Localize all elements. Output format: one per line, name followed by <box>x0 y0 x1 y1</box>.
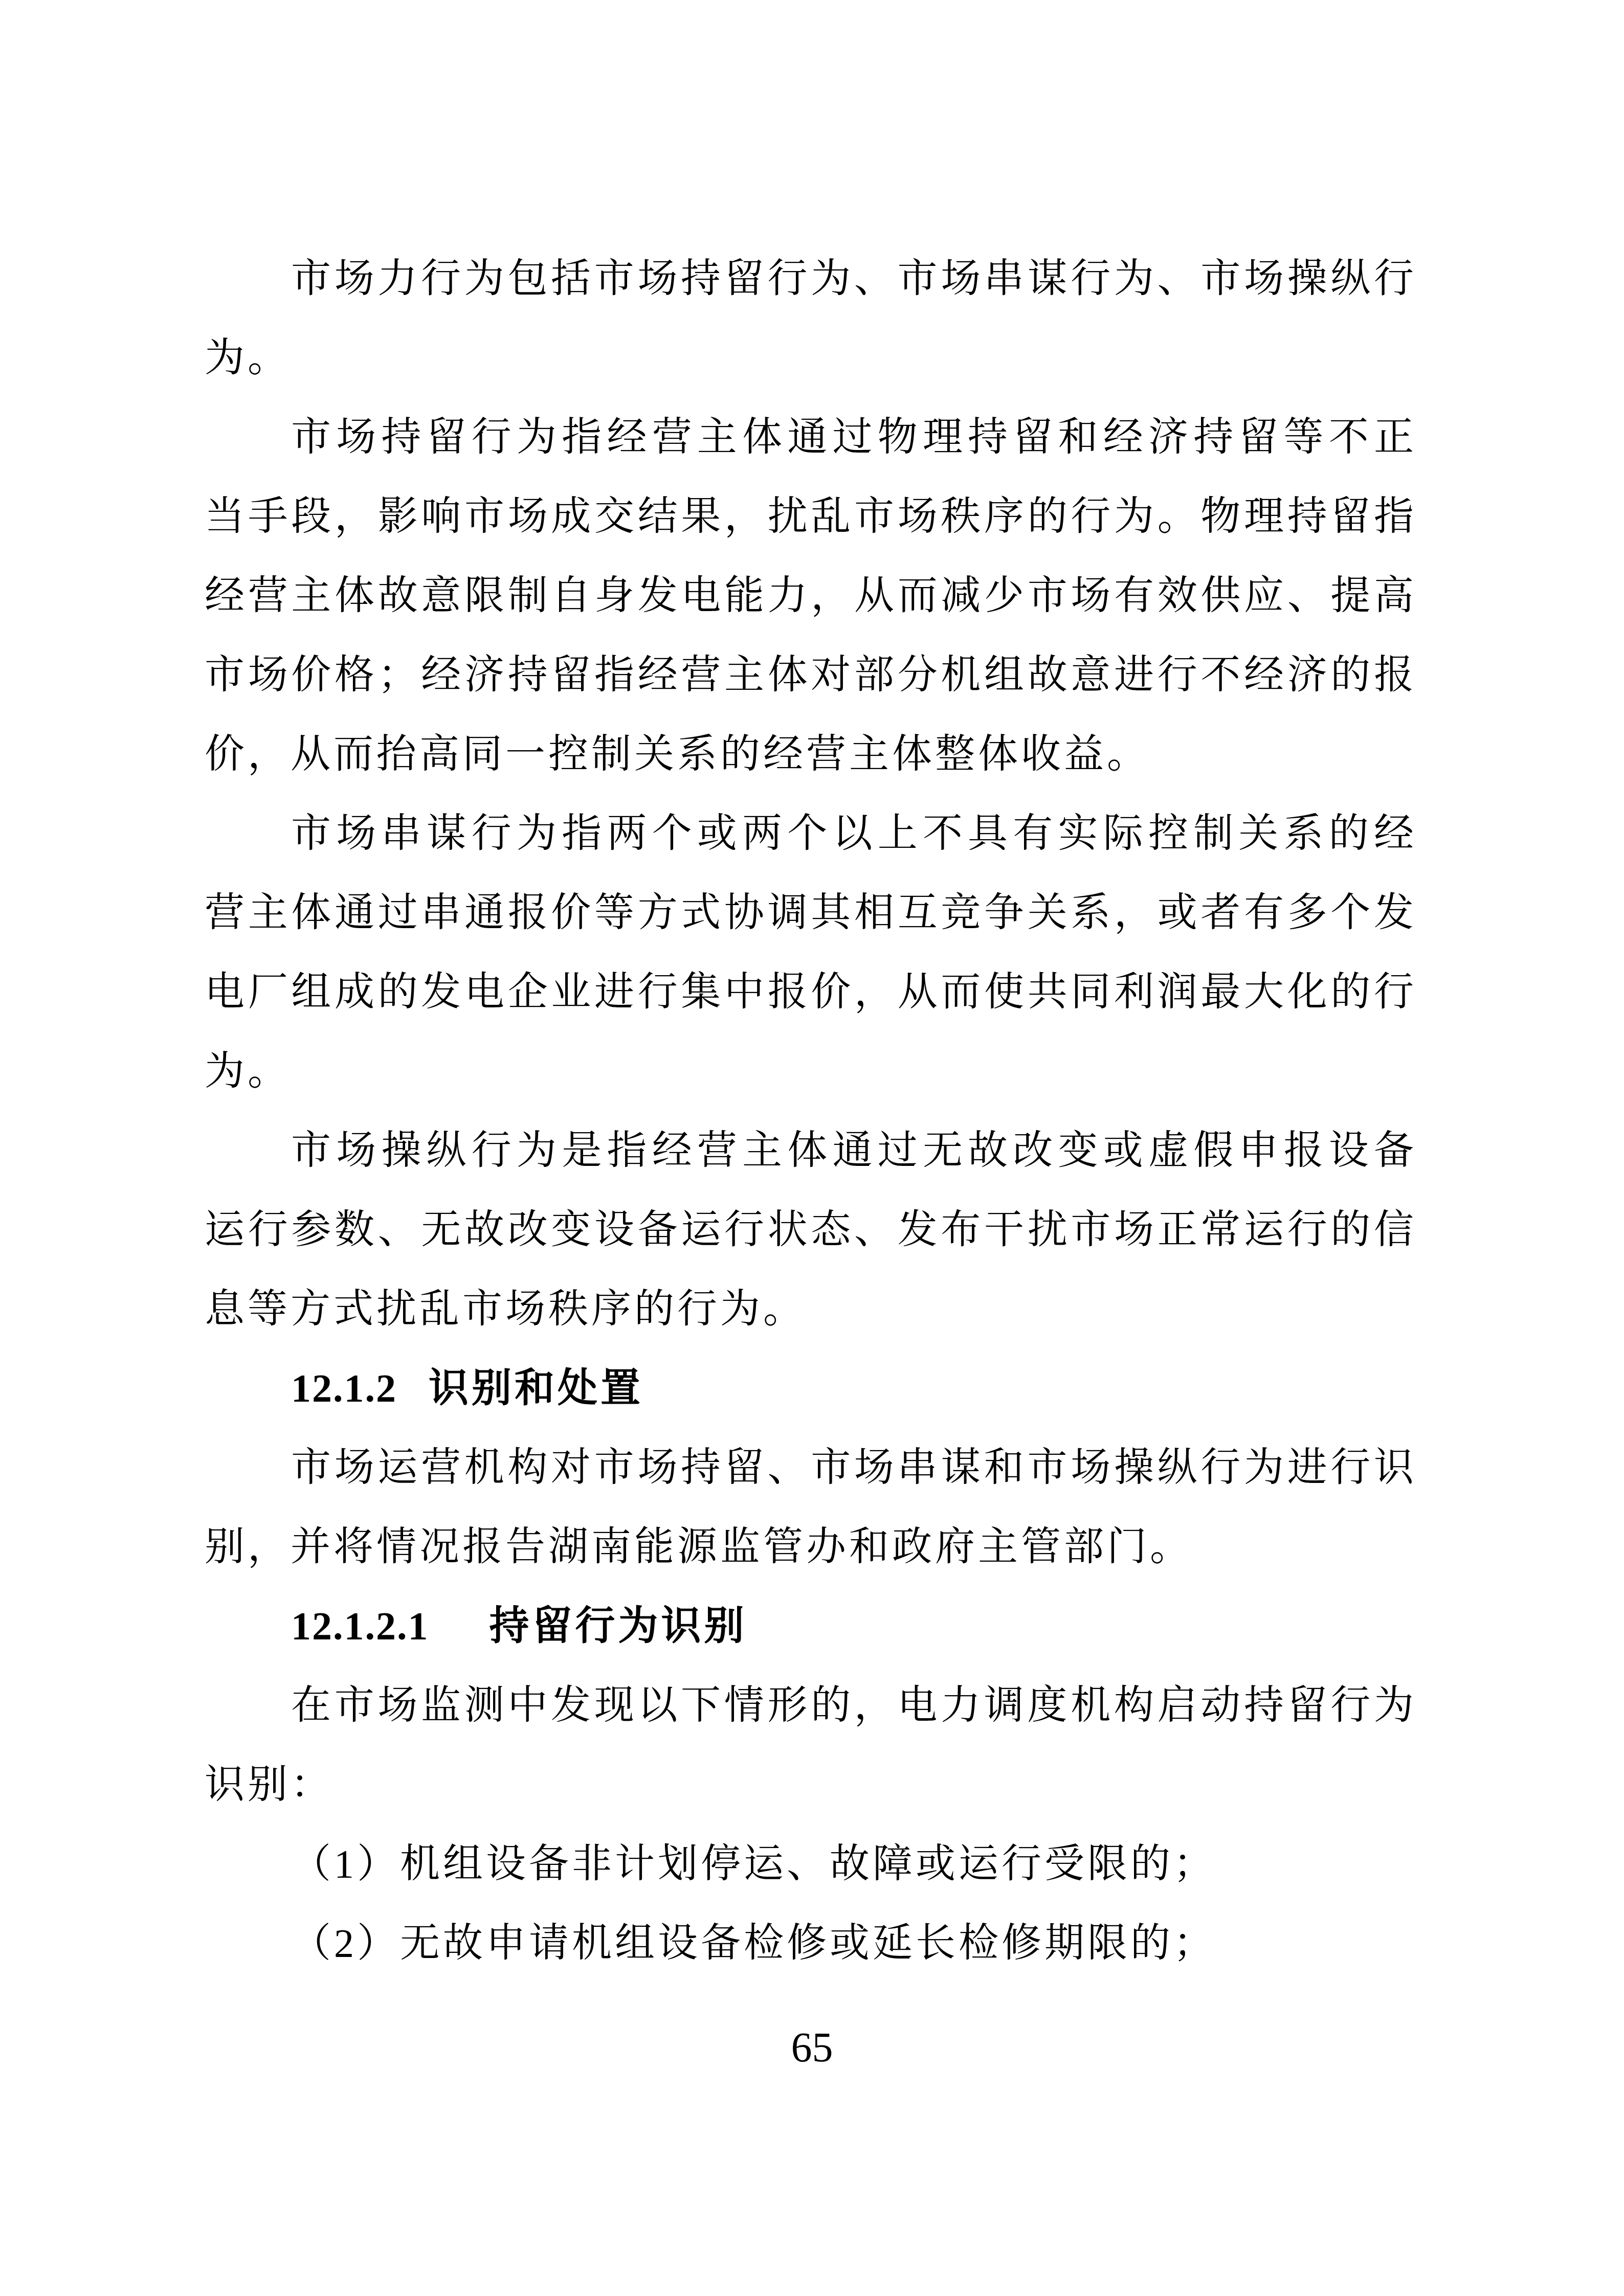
page-number: 65 <box>0 2019 1624 2076</box>
paragraph-line: 电厂组成的发电企业进行集中报价，从而使共同利润最大化的行 <box>205 952 1417 1031</box>
paragraph-line: 识别： <box>205 1745 1417 1824</box>
paragraph-line: 市场持留行为指经营主体通过物理持留和经济持留等不正 <box>205 397 1417 477</box>
paragraph-line: 市场力行为包括市场持留行为、市场串谋行为、市场操纵行 <box>205 239 1417 318</box>
paragraph-line: 市场价格；经济持留指经营主体对部分机组故意进行不经济的报 <box>205 635 1417 714</box>
paragraph-line: （2）无故申请机组设备检修或延长检修期限的； <box>205 1903 1417 1983</box>
paragraph-line: 市场运营机构对市场持留、市场串谋和市场操纵行为进行识 <box>205 1428 1417 1507</box>
paragraph-line: （1）机组设备非计划停运、故障或运行受限的； <box>205 1824 1417 1903</box>
paragraph-line: 在市场监测中发现以下情形的，电力调度机构启动持留行为 <box>205 1665 1417 1745</box>
paragraph-line: 市场操纵行为是指经营主体通过无故改变或虚假申报设备 <box>205 1111 1417 1190</box>
paragraph-line: 息等方式扰乱市场秩序的行为。 <box>205 1269 1417 1348</box>
heading-title: 识别和处置 <box>429 1366 643 1410</box>
paragraph-line: 当手段，影响市场成交结果，扰乱市场秩序的行为。物理持留指 <box>205 477 1417 556</box>
paragraph-line: 价，从而抬高同一控制关系的经营主体整体收益。 <box>205 714 1417 794</box>
section-heading: 12.1.2识别和处置 <box>205 1348 1417 1428</box>
paragraph-line: 为。 <box>205 1031 1417 1111</box>
paragraph-line: 为。 <box>205 318 1417 397</box>
heading-number: 12.1.2.1 <box>291 1604 429 1648</box>
paragraph-line: 别，并将情况报告湖南能源监管办和政府主管部门。 <box>205 1507 1417 1586</box>
document-page: 市场力行为包括市场持留行为、市场串谋行为、市场操纵行为。市场持留行为指经营主体通… <box>0 0 1624 2296</box>
document-body: 市场力行为包括市场持留行为、市场串谋行为、市场操纵行为。市场持留行为指经营主体通… <box>205 239 1417 1983</box>
paragraph-line: 营主体通过串通报价等方式协调其相互竞争关系，或者有多个发 <box>205 873 1417 952</box>
paragraph-line: 运行参数、无故改变设备运行状态、发布干扰市场正常运行的信 <box>205 1190 1417 1269</box>
heading-number: 12.1.2 <box>291 1366 397 1410</box>
paragraph-line: 经营主体故意限制自身发电能力，从而减少市场有效供应、提高 <box>205 556 1417 635</box>
paragraph-line: 市场串谋行为指两个或两个以上不具有实际控制关系的经 <box>205 794 1417 873</box>
section-heading: 12.1.2.1持留行为识别 <box>205 1586 1417 1665</box>
heading-title: 持留行为识别 <box>490 1604 747 1648</box>
